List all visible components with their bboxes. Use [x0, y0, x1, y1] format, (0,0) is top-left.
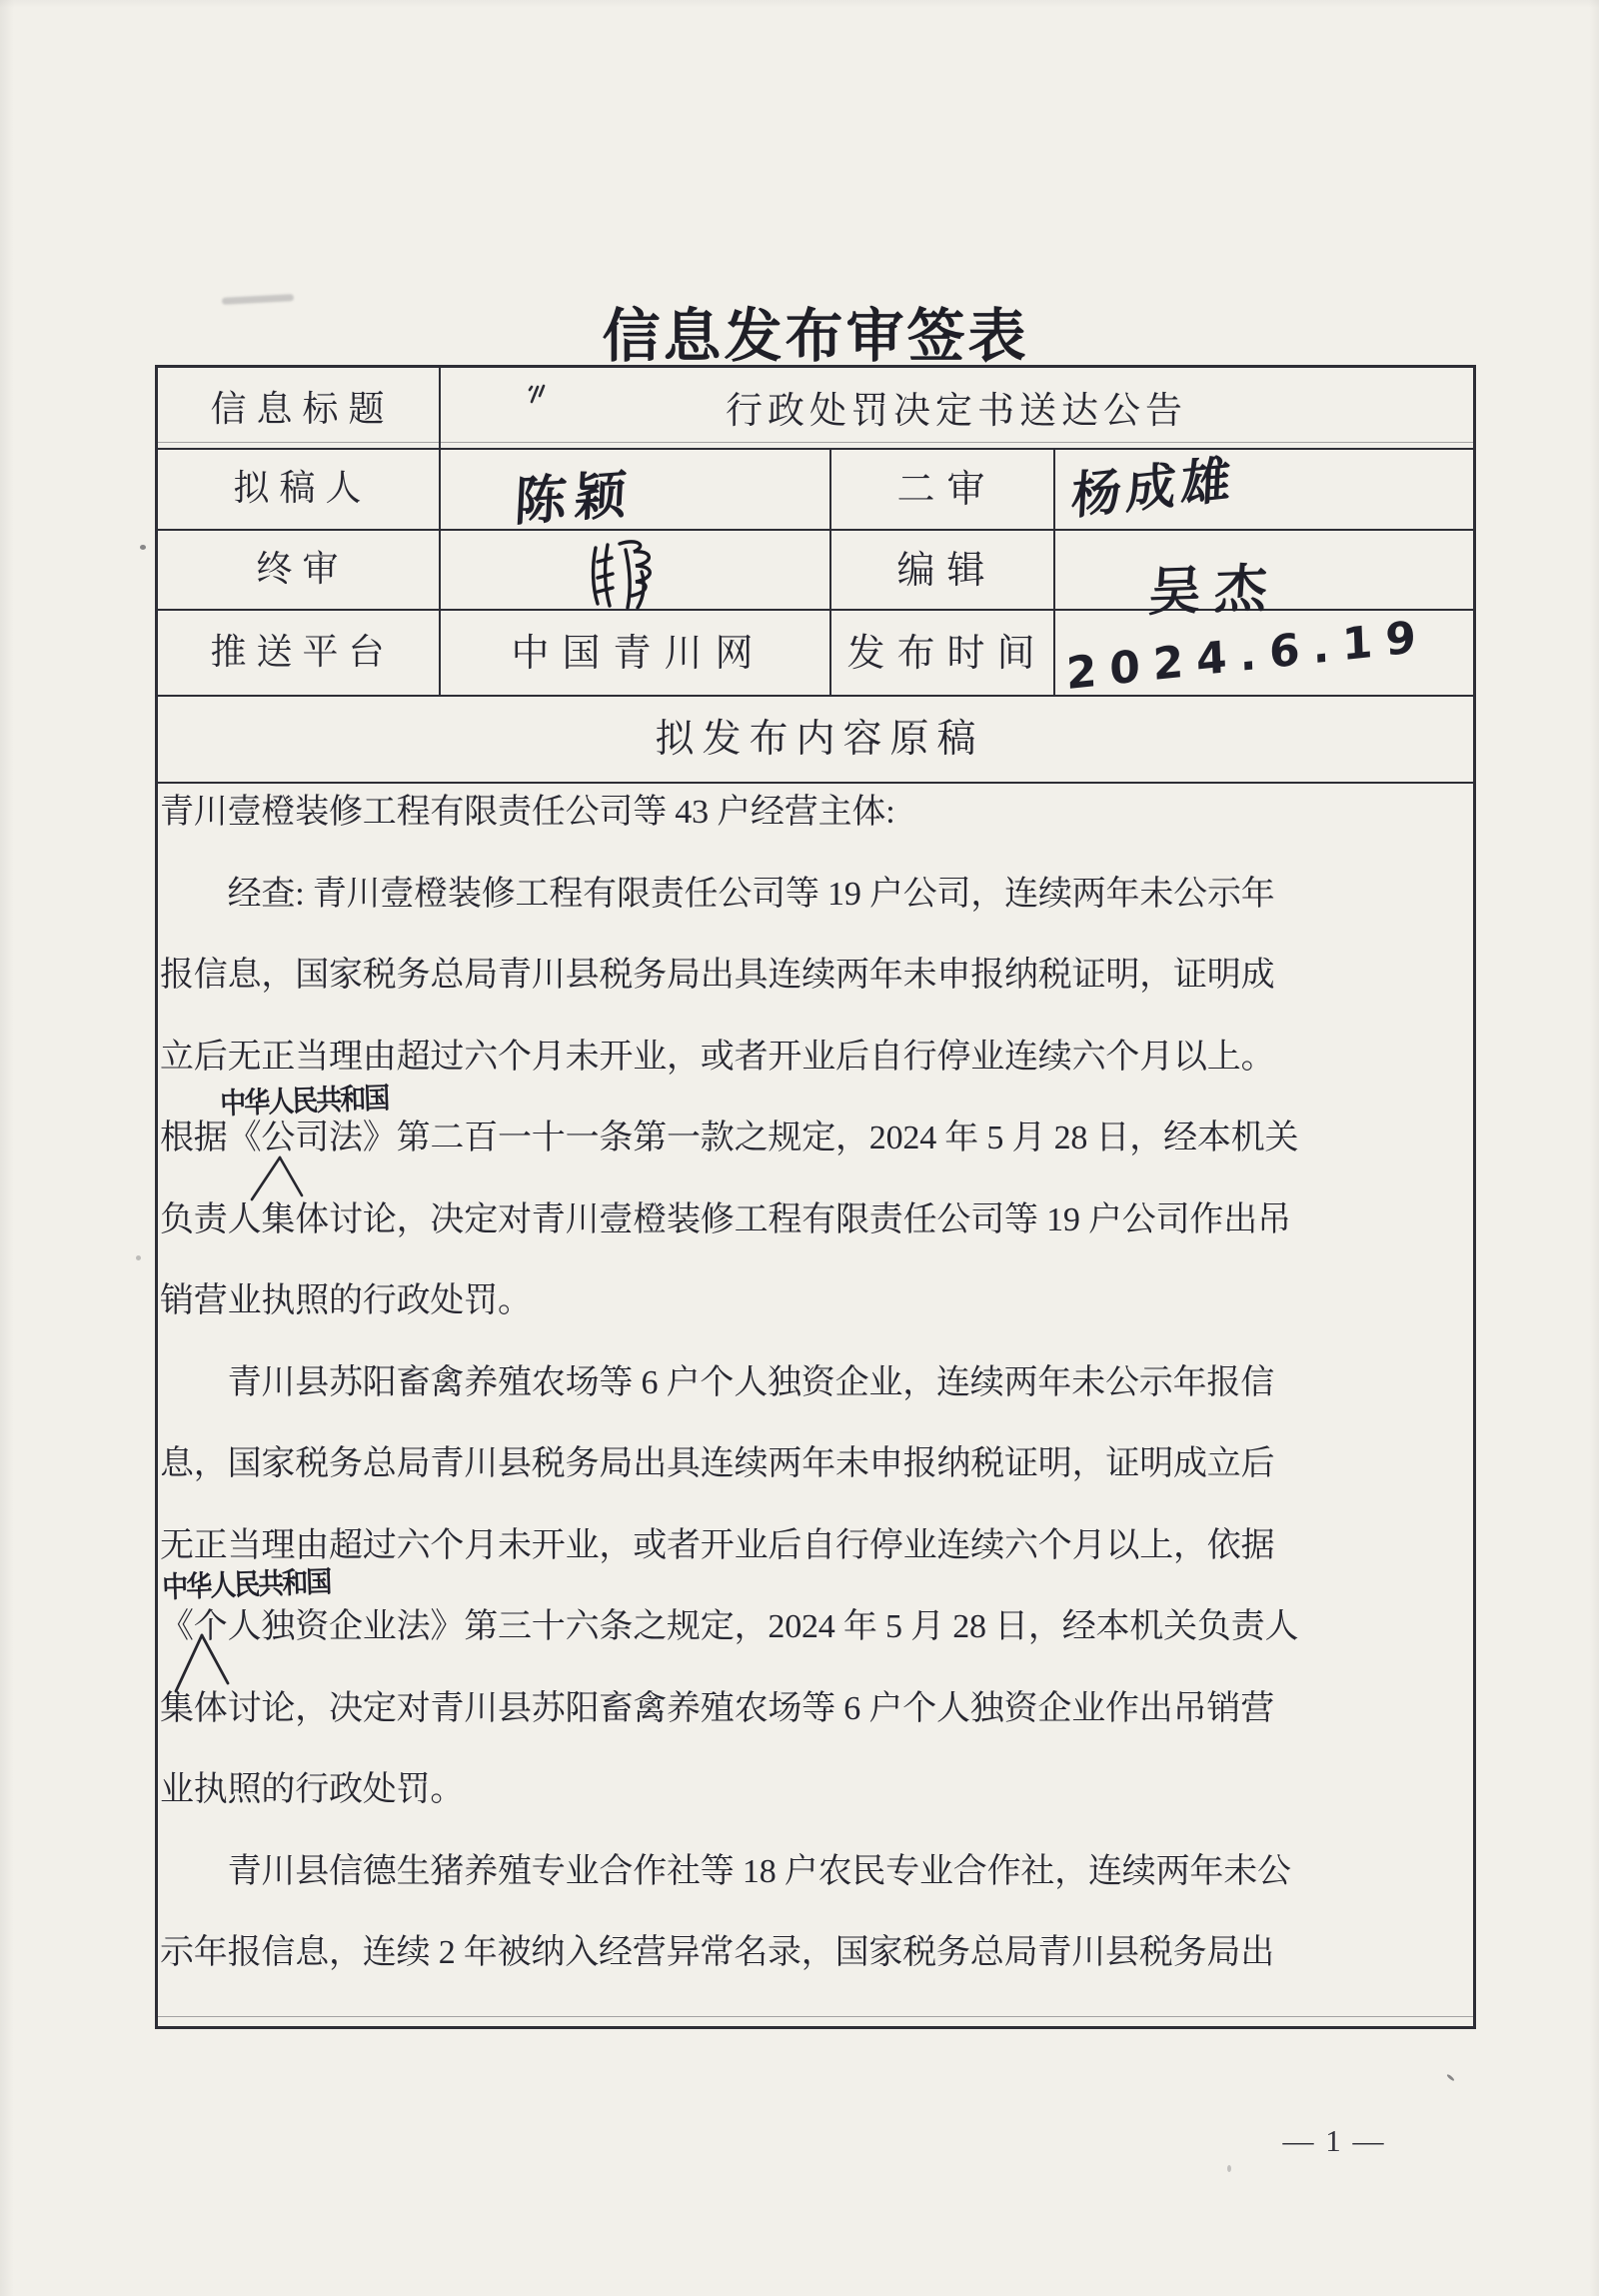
body-line: 集体讨论，决定对青川县苏阳畜禽养殖农场等 6 户个人独资企业作出吊销营: [160, 1668, 1479, 1750]
editor-label: 编辑: [830, 529, 1051, 603]
drafter-label: 拟稿人: [158, 448, 437, 523]
body-line: 息，国家税务总局青川县税务局出具连续两年未申报纳税证明，证明成立后: [160, 1423, 1479, 1505]
body-line: 示年报信息，连续 2 年被纳入经营异常名录，国家税务总局青川县税务局出: [160, 1912, 1479, 1994]
final-review-signature-scribble: [586, 538, 668, 612]
publish-time-label: 发布时间: [830, 609, 1051, 689]
grid-line: [1053, 448, 1055, 695]
grid-line-ghost: [158, 2016, 1473, 2017]
second-review-label: 二审: [830, 448, 1051, 523]
drafter-signature: 陈颖: [513, 452, 637, 536]
body-line: 无正当理由超过六个月未开业，或者开业后自行停业连续六个月以上，依据: [160, 1505, 1479, 1587]
body-line: 青川县苏阳畜禽养殖农场等 6 户个人独资企业，连续两年未公示年报信: [160, 1342, 1479, 1424]
editor-signature: 吴杰: [1146, 546, 1283, 626]
platform-label: 推送平台: [158, 609, 437, 689]
scan-speckle: [1227, 2165, 1231, 2172]
body-line: 报信息，国家税务总局青川县税务局出具连续两年未申报纳税证明，证明成: [160, 935, 1479, 1017]
body-line: 销营业执照的行政处罚。: [160, 1260, 1479, 1342]
body-line: 《个人独资企业法》第三十六条之规定，2024 年 5 月 28 日，经本机关负责…: [160, 1586, 1479, 1668]
body-line: 经查: 青川壹橙装修工程有限责任公司等 19 户公司，连续两年未公示年: [160, 854, 1479, 936]
body-line: 业执照的行政处罚。: [160, 1749, 1479, 1831]
info-title-label: 信息标题: [158, 368, 437, 445]
scanned-document-page: 信息发布审签表 信息标题 行政处罚决定书送达公告 拟稿人 二审 终审 编辑 推送…: [0, 0, 1599, 2296]
stray-pen-mark-icon: [522, 382, 548, 408]
body-line: 根据《公司法》第二百一十一条第一款之规定，2024 年 5 月 28 日，经本机…: [160, 1098, 1479, 1179]
body-line: 青川壹橙装修工程有限责任公司等 43 户经营主体:: [160, 772, 1479, 854]
info-title-value: 行政处罚决定书送达公告: [440, 368, 1473, 445]
content-header: 拟发布内容原稿: [158, 694, 1473, 777]
scan-speckle: [136, 1255, 141, 1260]
body-line: 青川县信德生猪养殖专业合作社等 18 户农民专业合作社，连续两年未公: [160, 1831, 1479, 1913]
final-review-label: 终审: [158, 529, 437, 603]
page-number: — 1 —: [1239, 2123, 1429, 2159]
scan-speckle: [1446, 2073, 1455, 2081]
platform-value: 中国青川网: [440, 609, 824, 689]
body-line: 负责人集体讨论，决定对青川壹橙装修工程有限责任公司等 19 户公司作出吊: [160, 1179, 1479, 1261]
scan-speckle: [140, 545, 146, 550]
body-line: 立后无正当理由超过六个月未开业，或者开业后自行停业连续六个月以上。: [160, 1017, 1479, 1099]
page-title: 信息发布审签表: [155, 289, 1476, 373]
body-text: 青川壹橙装修工程有限责任公司等 43 户经营主体: 经查: 青川壹橙装修工程有限…: [160, 772, 1479, 1994]
